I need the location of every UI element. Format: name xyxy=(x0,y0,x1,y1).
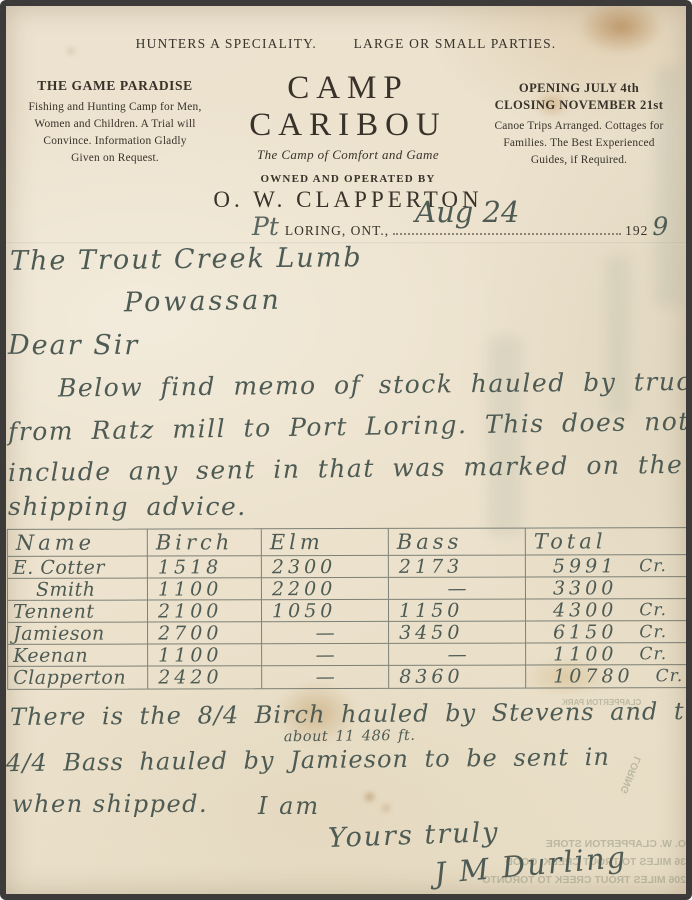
total-value: 6150 xyxy=(553,621,617,643)
postscript-line-2: 4/4 Bass hauled by about 11 486 ft.Jamie… xyxy=(6,743,610,777)
recipient-line-1: The Trout Creek Lumb xyxy=(10,242,363,277)
table-cell-bass: 1150 xyxy=(389,600,526,622)
table-cell-bass: 3450 xyxy=(389,622,526,644)
date-rule: Aug 24 xyxy=(393,215,621,235)
table-cell-bass: 2173 xyxy=(389,556,526,578)
table-cell-elm: — xyxy=(262,666,389,688)
printed-year-prefix: 192 xyxy=(625,223,648,239)
stain xyxy=(382,804,390,812)
table-cell-elm: 2200 xyxy=(262,578,389,600)
column-header-bass: Bass xyxy=(389,529,526,556)
table-cell-name: Smith xyxy=(8,579,148,601)
postscript-line-2-prefix: 4/4 Bass hauled by xyxy=(6,746,290,777)
postscript-line-2-suffix: Jamieson to be sent in xyxy=(290,743,610,774)
left-block-body: Fishing and Hunting Camp for Men, Women … xyxy=(28,99,202,167)
body-line: from Ratz mill to Port Loring. This does… xyxy=(8,407,686,447)
banner-left-text: HUNTERS A SPECIALITY. xyxy=(136,36,317,51)
table-cell-birch: 2700 xyxy=(148,622,262,644)
column-header-elm: Elm xyxy=(262,529,389,556)
photo-frame: O. W. CLAPPERTON STORE 36 MILES TO TROUT… xyxy=(0,0,692,900)
handwritten-date: Aug 24 xyxy=(415,195,519,229)
table-cell-birch: 1100 xyxy=(148,644,262,666)
table-cell-birch: 1100 xyxy=(148,578,262,600)
body-line: include any sent in that was marked on t… xyxy=(8,450,684,487)
table-cell-elm: 2300 xyxy=(262,556,389,578)
postscript-line-3: when shipped. xyxy=(12,790,208,818)
table-cell-birch: 2100 xyxy=(148,600,262,622)
table-cell-birch: 1518 xyxy=(148,556,262,578)
postscript-line-2-tail: about 11 486 ft.Jamieson to be sent in xyxy=(290,743,610,774)
total-value: 5991 xyxy=(553,555,617,577)
column-header-name: Name xyxy=(8,530,148,557)
letterhead-right-block: OPENING JULY 4th CLOSING NOVEMBER 21st C… xyxy=(488,80,670,169)
column-header-total: Total xyxy=(526,528,686,555)
memo-table: Name Birch Elm Bass Total E. Cotter 1518… xyxy=(7,527,686,690)
dateline: Pt LORING, ONT., Aug 24 192 9 xyxy=(252,212,668,241)
credit-marker: Cr. xyxy=(639,556,667,576)
table-cell-bass: 8360 xyxy=(389,666,526,688)
valediction: Yours truly xyxy=(328,817,500,854)
camp-name: CAMP CARIBOU xyxy=(202,70,494,144)
stain xyxy=(364,792,375,802)
body-line: Below find memo of stock hauled by truck… xyxy=(58,367,686,403)
total-value: 4300 xyxy=(553,599,617,621)
table-cell-name: Tennent xyxy=(8,601,148,623)
left-block-title: THE GAME PARADISE xyxy=(28,78,202,94)
camp-tagline: The Camp of Comfort and Game xyxy=(202,147,494,163)
letterhead-center-block: CAMP CARIBOU The Camp of Comfort and Gam… xyxy=(202,70,494,213)
postscript-line-1: There is the 8/4 Birch hauled by Stevens… xyxy=(10,697,686,731)
total-value: 3300 xyxy=(553,577,617,599)
column-header-birch: Birch xyxy=(148,529,262,556)
table-cell-name: Jamieson xyxy=(8,623,148,645)
banner-right-text: LARGE OR SMALL PARTIES. xyxy=(354,36,557,51)
letter-paper: O. W. CLAPPERTON STORE 36 MILES TO TROUT… xyxy=(6,6,686,894)
body-line: shipping advice. xyxy=(8,492,247,521)
table-cell-bass: — xyxy=(389,578,526,600)
table-cell-elm: 1050 xyxy=(262,600,389,622)
table-cell-elm: — xyxy=(262,622,389,644)
opening-line: OPENING JULY 4th xyxy=(488,80,670,97)
table-cell-name: Keenan xyxy=(8,645,148,667)
total-value: 10780 xyxy=(553,665,634,687)
banner: HUNTERS A SPECIALITY. LARGE OR SMALL PAR… xyxy=(6,36,686,52)
credit-marker: Cr. xyxy=(639,600,667,620)
closing-line: CLOSING NOVEMBER 21st xyxy=(488,97,670,114)
table-cell-total: 1100Cr. xyxy=(526,643,686,665)
table-cell-total: 6150Cr. xyxy=(526,621,686,643)
table-cell-name: E. Cotter xyxy=(8,557,148,579)
table-cell-birch: 2420 xyxy=(148,666,262,688)
printed-place: LORING, ONT., xyxy=(285,223,389,239)
handwritten-year-digit: 9 xyxy=(652,212,668,241)
right-block-body: Canoe Trips Arranged. Cottages for Famil… xyxy=(488,118,670,169)
table-cell-name: Clapperton xyxy=(8,667,148,689)
show-through-loring-label: LORING xyxy=(619,755,644,795)
table-cell-bass: — xyxy=(389,644,526,666)
credit-marker: Cr. xyxy=(639,622,667,642)
credit-marker: Cr. xyxy=(639,644,667,664)
letterhead-left-block: THE GAME PARADISE Fishing and Hunting Ca… xyxy=(28,78,202,167)
postscript-i-am: I am xyxy=(258,792,320,820)
table-cell-total: 10780Cr. xyxy=(526,665,686,687)
table-cell-total: 4300Cr. xyxy=(526,599,686,621)
table-cell-total: 3300 xyxy=(526,577,686,599)
table-cell-total: 5991Cr. xyxy=(526,555,686,577)
recipient-line-2: Powassan xyxy=(124,285,282,319)
owned-by-line: OWNED AND OPERATED BY xyxy=(202,173,494,185)
handwritten-place-prefix: Pt xyxy=(252,212,279,241)
total-value: 1100 xyxy=(553,643,617,665)
interlinear-insertion: about 11 486 ft. xyxy=(284,728,416,745)
salutation: Dear Sir xyxy=(8,330,139,361)
table-cell-elm: — xyxy=(262,644,389,666)
credit-marker: Cr. xyxy=(656,666,684,686)
